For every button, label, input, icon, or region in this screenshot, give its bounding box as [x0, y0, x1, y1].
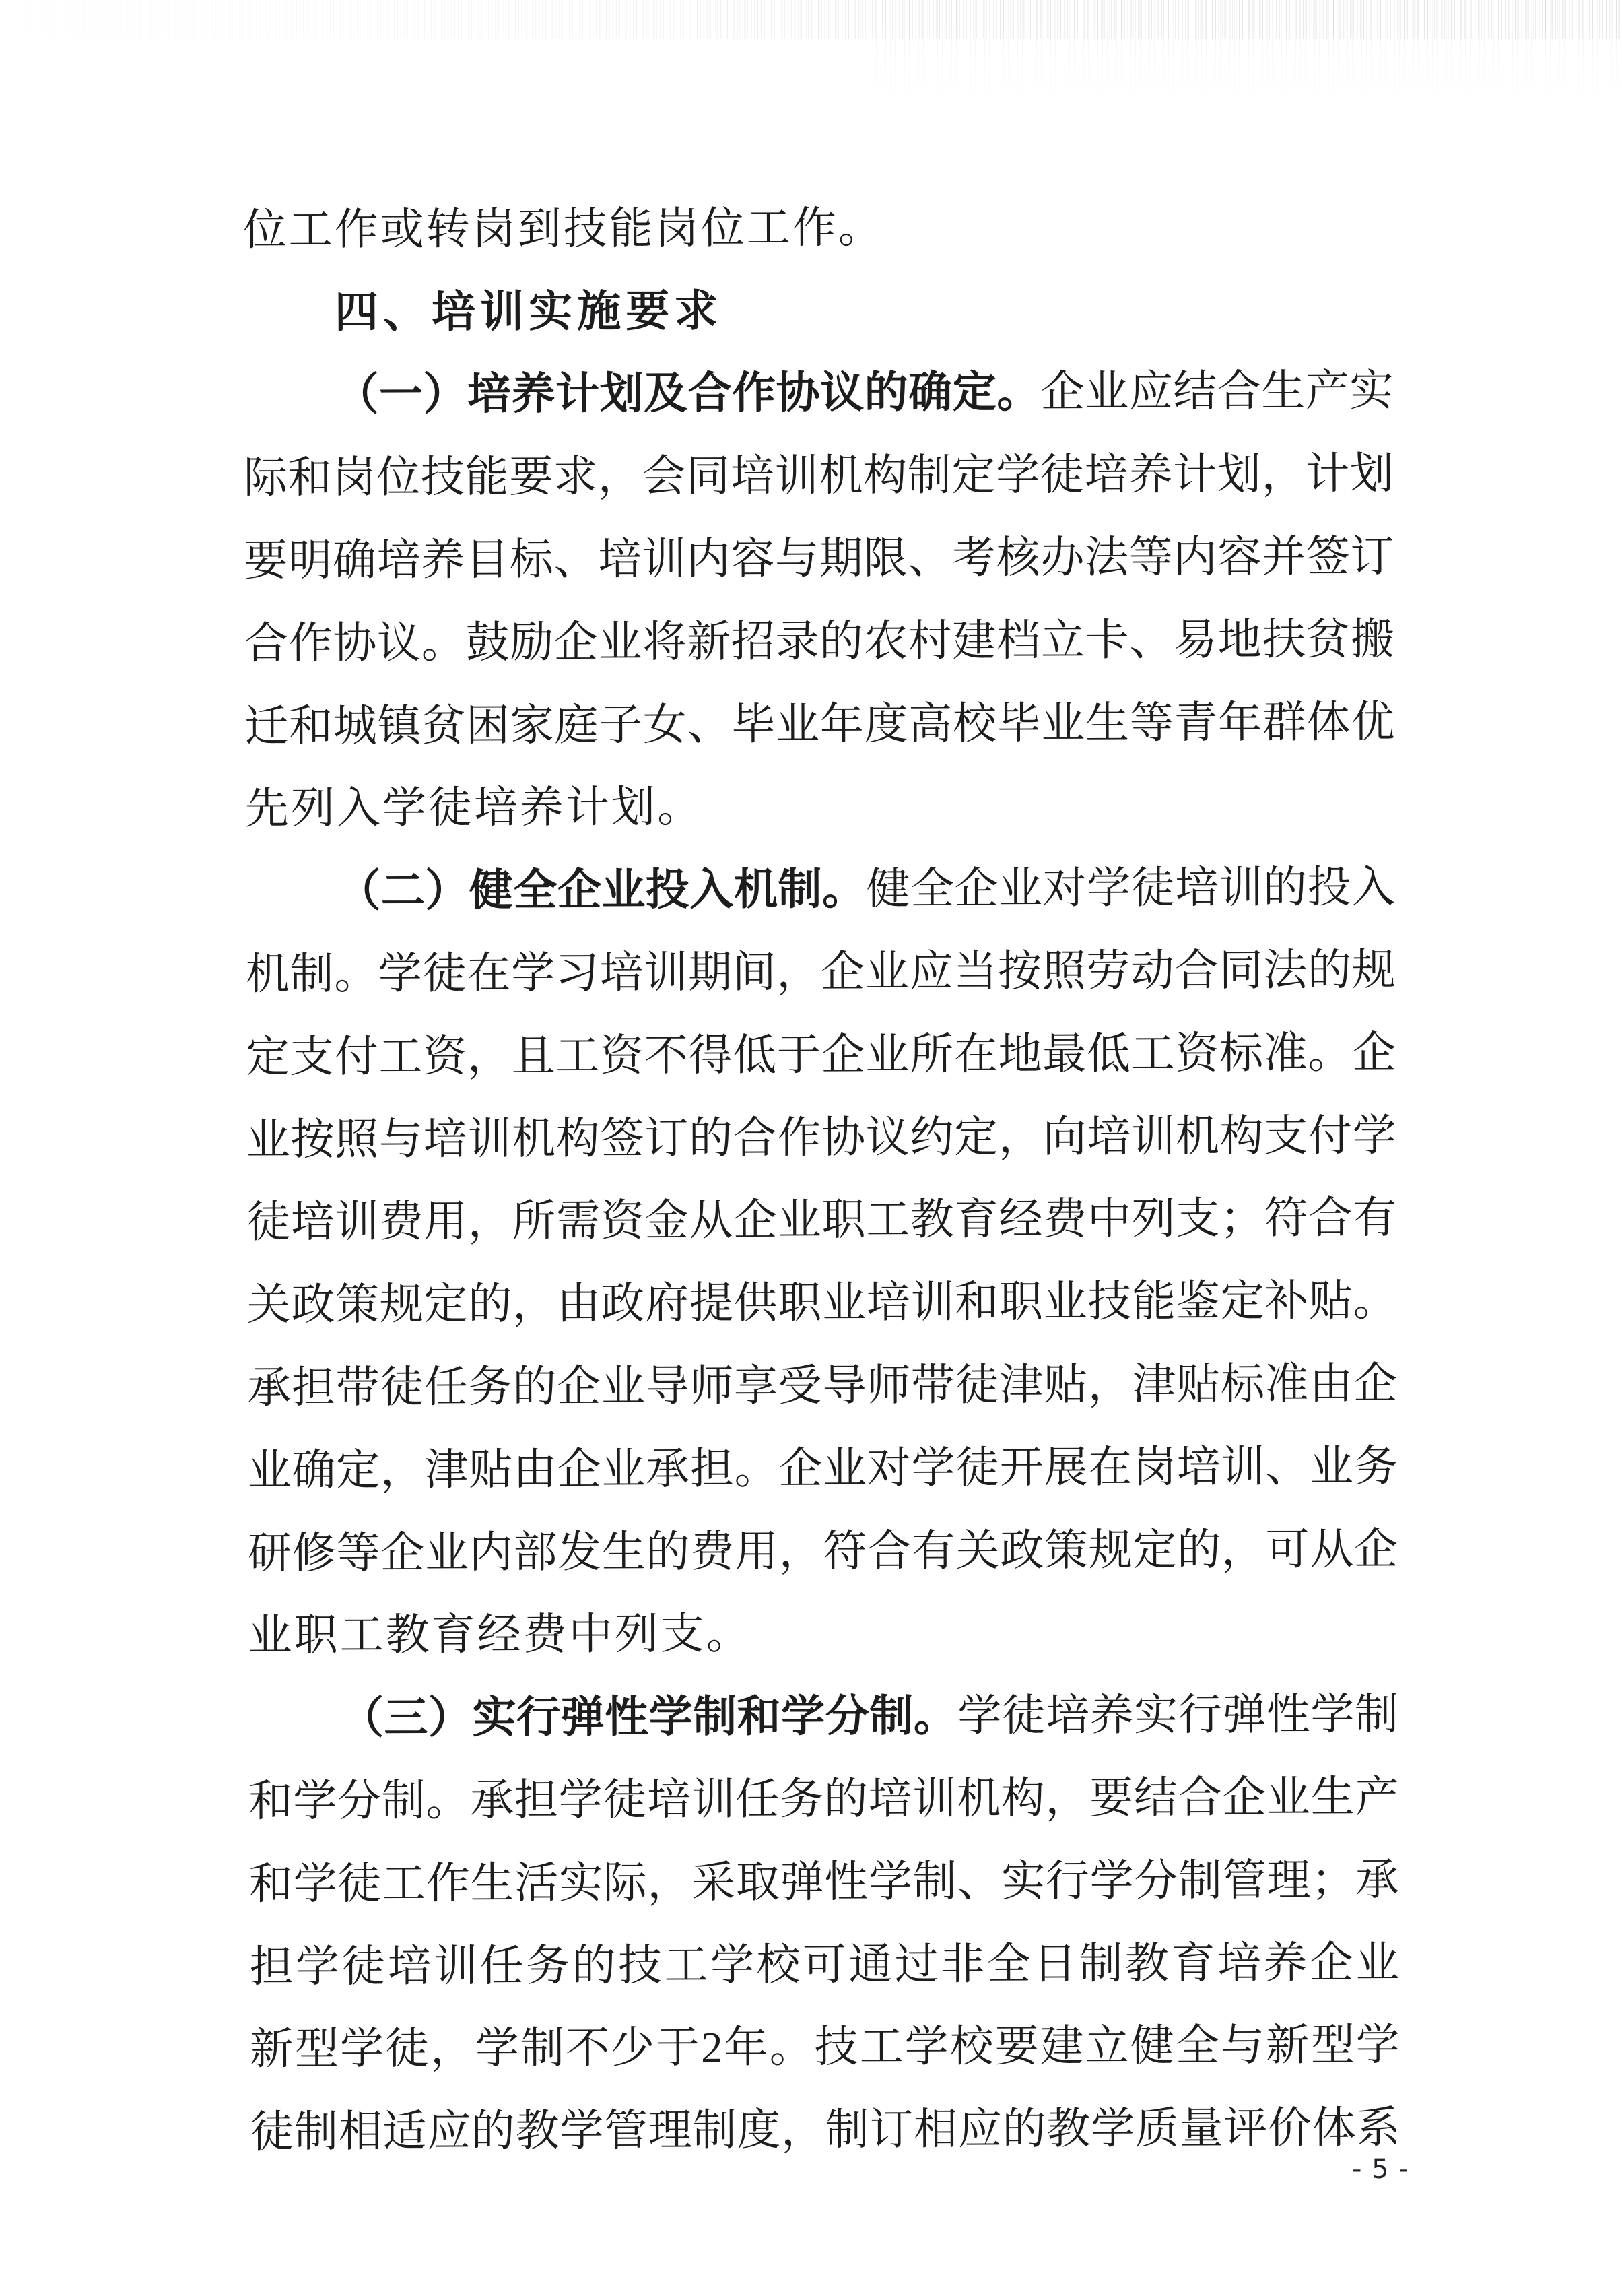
text-line: 和学徒工作生活实际，采取弹性学制、实行学分制管理；承	[249, 1839, 1399, 1926]
text-line: （一）培养计划及合作协议的确定。企业应结合生产实	[243, 350, 1393, 437]
text-line: 定支付工资，且工资不得低于企业所在地最低工资标准。企	[246, 1012, 1396, 1099]
text-line: 研修等企业内部发生的费用，符合有关政策规定的，可从企	[248, 1508, 1398, 1595]
text-line: 先列入学徒培养计划。	[245, 764, 1395, 851]
text-line: 新型学徒，学制不少于2年。技工学校要建立健全与新型学	[250, 2004, 1400, 2091]
text-line: 机制。学徒在学习培训期间，企业应当按照劳动合同法的规	[246, 929, 1396, 1016]
text-line: 位工作或转岗到技能岗位工作。	[242, 185, 1392, 272]
text-line: 徒制相适应的教学管理制度，制订相应的教学质量评价体系	[250, 2087, 1400, 2174]
text-line: 业按照与培训机构签订的合作协议约定，向培训机构支付学	[246, 1094, 1396, 1181]
text-line: 要明确培养目标、培训内容与期限、考核办法等内容并签订	[244, 516, 1394, 603]
text-line: 关政策规定的，由政府提供职业培训和职业技能鉴定补贴。	[246, 1260, 1396, 1347]
section-heading: 四、培训实施要求	[243, 268, 1393, 355]
text-line: 业职工教育经费中列支。	[248, 1591, 1398, 1678]
text-line: （二）健全企业投入机制。健全企业对学徒培训的投入	[245, 847, 1395, 933]
scan-noise-band-right	[876, 0, 1622, 101]
text-line: 徒培训费用，所需资金从企业职工教育经费中列支；符合有	[246, 1177, 1396, 1264]
text-line: 承担带徒任务的企业导师享受导师带徒津贴，津贴标准由企	[247, 1343, 1397, 1430]
text-block: 位工作或转岗到技能岗位工作。四、培训实施要求（一）培养计划及合作协议的确定。企业…	[242, 185, 1400, 2175]
text-line: 业确定，津贴由企业承担。企业对学徒开展在岗培训、业务	[247, 1426, 1397, 1513]
text-line: 和学分制。承担学徒培训任务的培训机构，要结合企业生产	[248, 1757, 1398, 1843]
page-number: - 5 -	[1352, 2154, 1409, 2185]
text-line: 合作协议。鼓励企业将新招录的农村建档立卡、易地扶贫搬	[244, 599, 1394, 686]
text-line: 际和岗位技能要求，会同培训机构制定学徒培养计划，计划	[244, 433, 1394, 520]
text-line: （三）实行弹性学制和学分制。学徒培养实行弹性学制	[248, 1674, 1398, 1761]
text-line: 迁和城镇贫困家庭子女、毕业年度高校毕业生等青年群体优	[244, 682, 1394, 768]
scanned-document-page: 位工作或转岗到技能岗位工作。四、培训实施要求（一）培养计划及合作协议的确定。企业…	[0, 0, 1622, 2296]
text-line: 担学徒培训任务的技工学校可通过非全日制教育培养企业	[249, 1922, 1399, 2008]
